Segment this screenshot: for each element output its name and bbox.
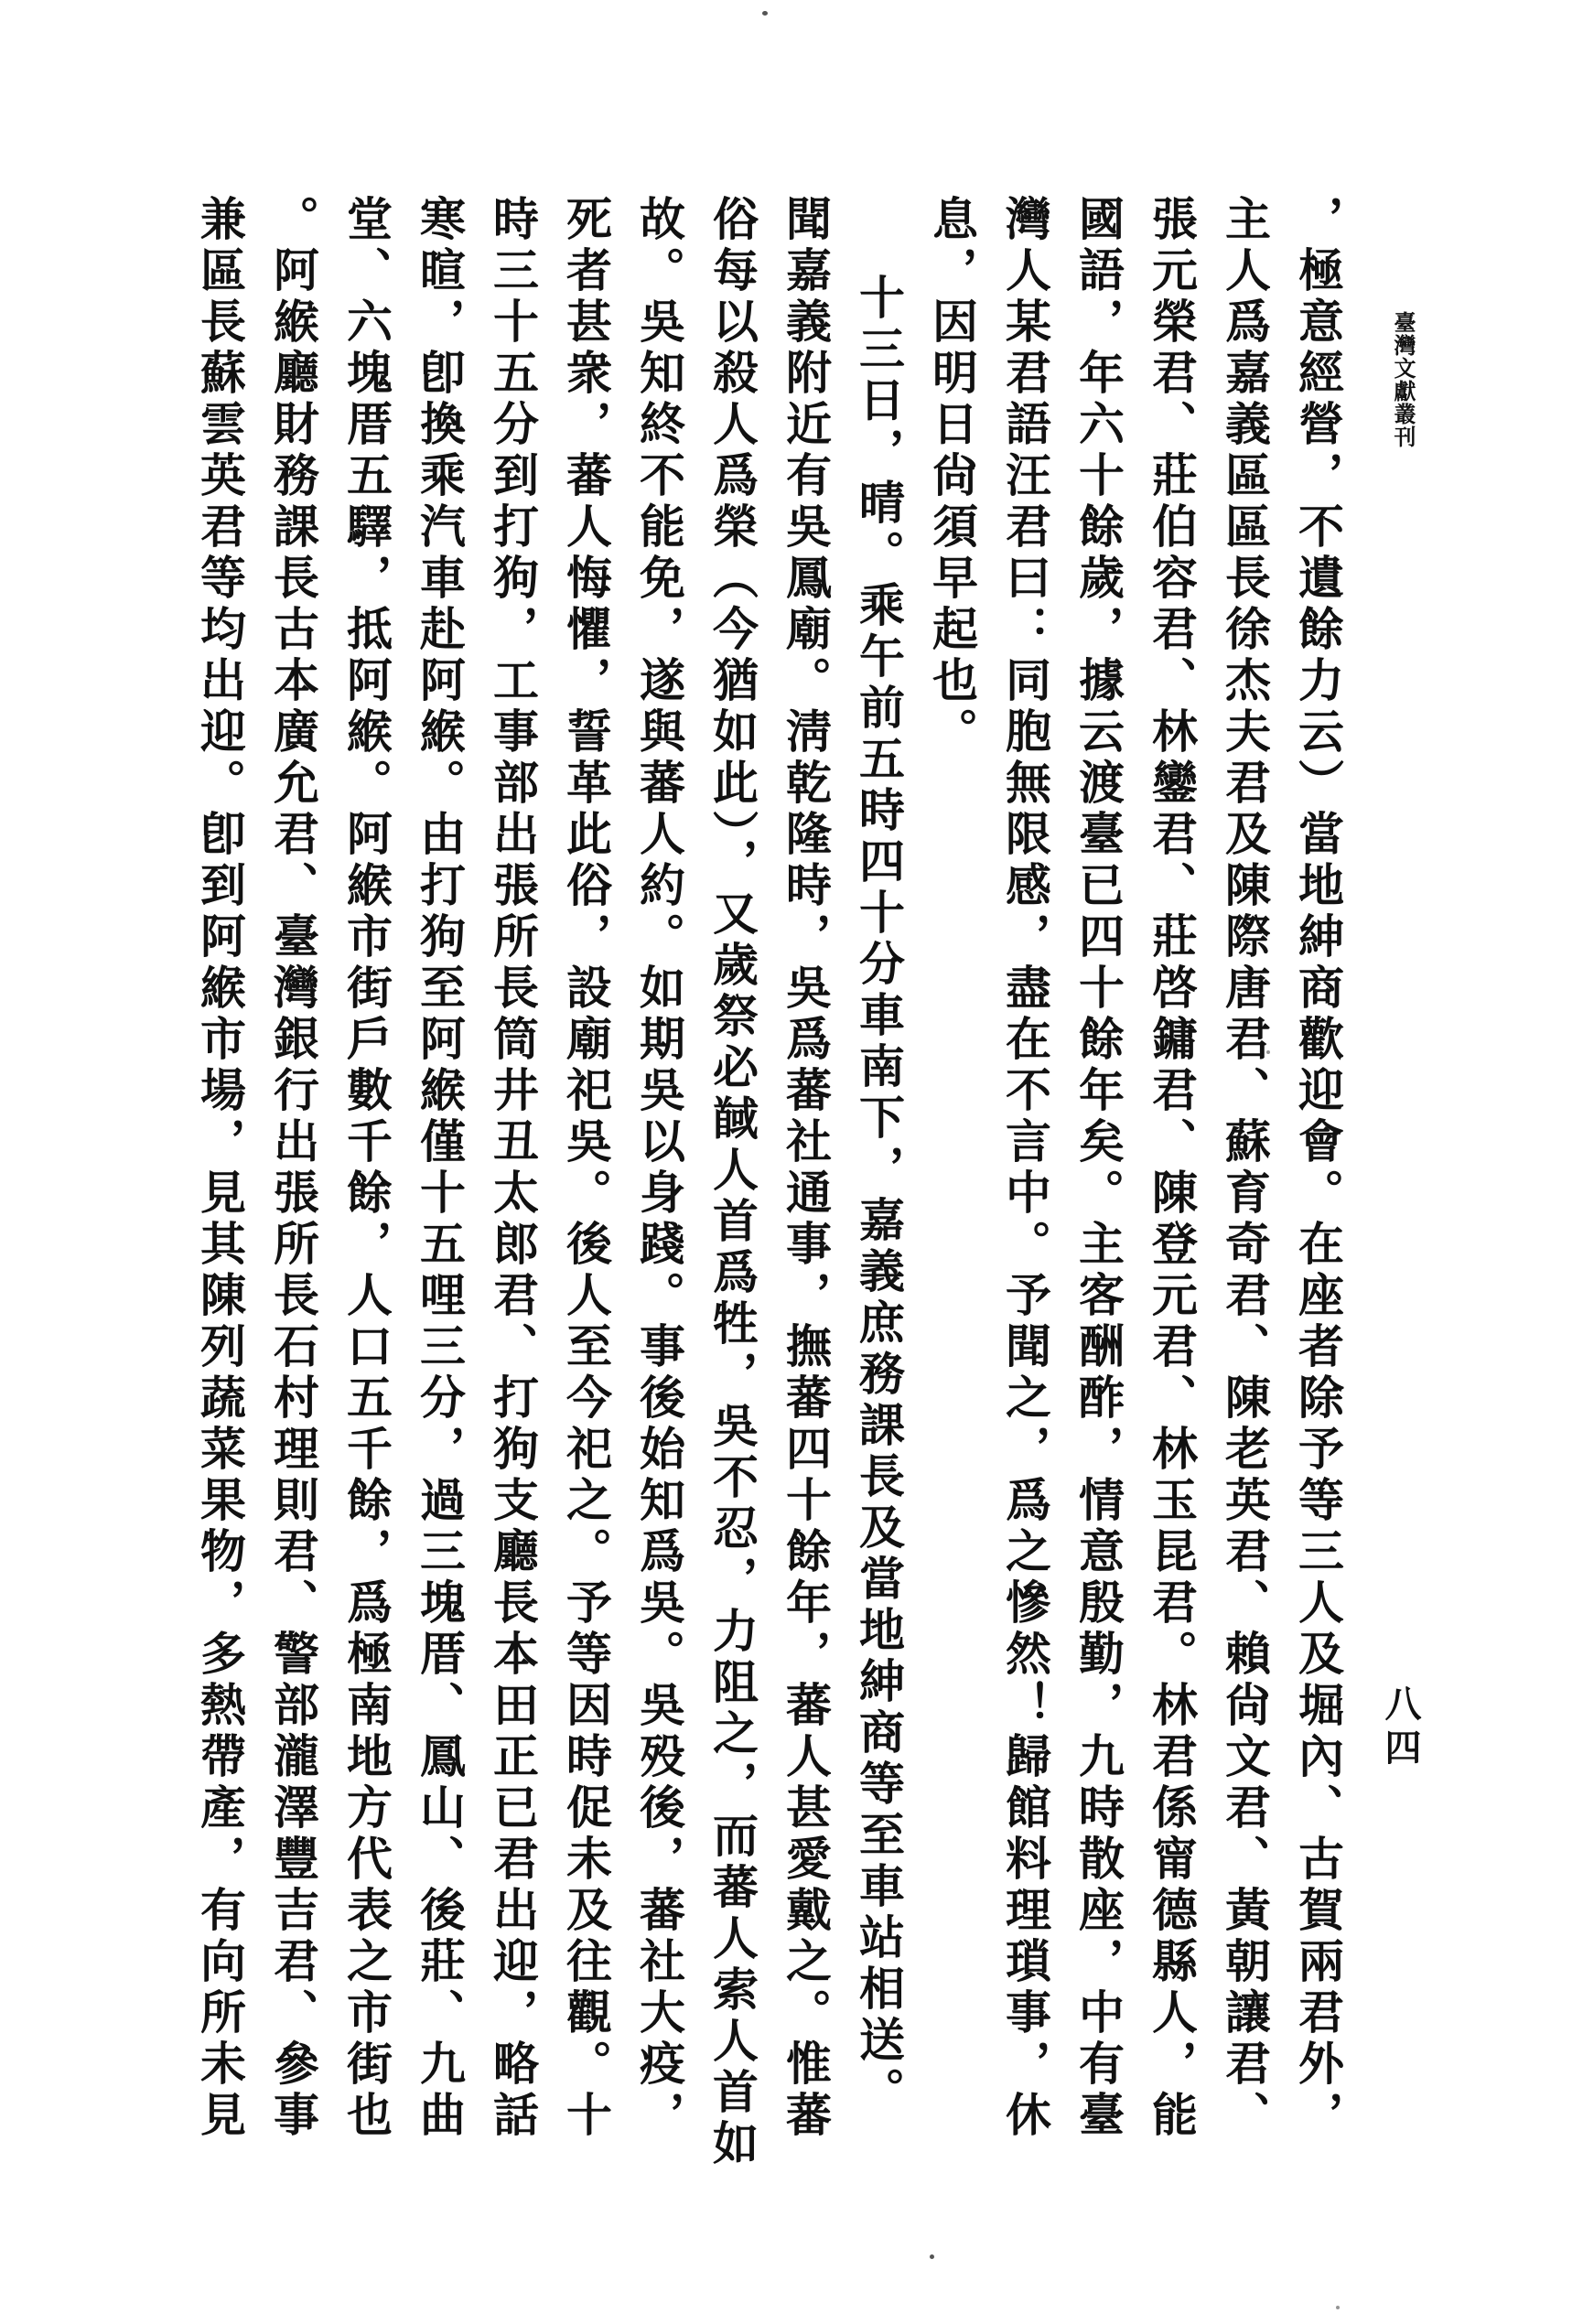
text-column: 主人爲嘉義區區長徐杰夫君及陳際唐君、蘇育奇君、陳老英君、賴尙文君、黃朝讓君、	[1208, 195, 1281, 2180]
text-column: 。阿緱廳財務課長古本廣允君、臺灣銀行出張所長石村理則君、警部瀧澤豐吉君、參事	[256, 195, 329, 2180]
scan-noise-speck	[930, 2254, 934, 2259]
text-block: ，極意經營，不遺餘力云）當地紳商歡迎會。在座者除予等三人及堀內、古賀兩君外， 主…	[183, 195, 1354, 2180]
text-column-paragraph-start: 十三日，晴。乘午前五時四十分車南下，嘉義庶務課長及當地紳商等至車站相送。	[842, 195, 915, 2180]
scan-noise-speck	[762, 11, 768, 16]
text-column: 故。吳知終不能免，遂與蕃人約。如期吳以身踐。事後始知爲吳。吳殁後，蕃社大疫，	[622, 195, 695, 2180]
text-column: 堂、六塊厝五驛，抵阿緱。阿緱市街戶數千餘，人口五千餘，爲極南地方代表之市街也	[329, 195, 403, 2180]
text-column: 兼區長蘇雲英君等均出迎。卽到阿緱市場，見其陳列蔬菜果物，多熱帶產，有向所未見	[183, 195, 256, 2180]
text-column: 張元榮君、莊伯容君、林鑾君、莊啓鏞君、陳登元君、林玉昆君。林君係甯德縣人，能	[1135, 195, 1208, 2180]
running-title: 臺灣文獻叢刊	[1387, 311, 1419, 467]
scan-noise-speck	[1336, 2306, 1340, 2309]
text-column: ，極意經營，不遺餘力云）當地紳商歡迎會。在座者除予等三人及堀內、古賀兩君外，	[1281, 195, 1354, 2180]
text-column: 寒暄，卽換乘汽車赴阿緱。由打狗至阿緱僅十五哩三分，過三塊厝、鳳山、後莊、九曲	[403, 195, 476, 2180]
text-column: 灣人某君語汪君曰：同胞無限感，盡在不言中。予聞之，爲之慘然！歸館料理瑣事，休	[988, 195, 1061, 2180]
scanned-document-page: 臺灣文獻叢刊 八四 ，極意經營，不遺餘力云）當地紳商歡迎會。在座者除予等三人及堀…	[0, 0, 1583, 2324]
text-column: 息，因明日尙須早起也。	[915, 195, 988, 2180]
folio-page-number: 八四	[1374, 1684, 1427, 1785]
scan-noise-speck	[1266, 1050, 1270, 1054]
text-column: 聞嘉義附近有吳鳳廟。淸乾隆時，吳爲蕃社通事，撫蕃四十餘年，蕃人甚愛戴之。惟蕃	[769, 195, 842, 2180]
text-column: 時三十五分到打狗，工事部出張所長筒井丑太郎君、打狗支廳長本田正已君出迎，略話	[476, 195, 549, 2180]
text-column: 俗每以殺人爲榮（今猶如此），又歲祭必馘人首爲牲，吳不忍，力阻之，而蕃人索人首如	[695, 195, 769, 2180]
text-column: 死者甚衆，蕃人悔懼，誓革此俗，設廟祀吳。後人至今祀之。予等因時促未及往觀。十	[549, 195, 622, 2180]
text-column: 國語，年六十餘歲，據云渡臺已四十餘年矣。主客酬酢，情意殷勤，九時散座，中有臺	[1061, 195, 1135, 2180]
